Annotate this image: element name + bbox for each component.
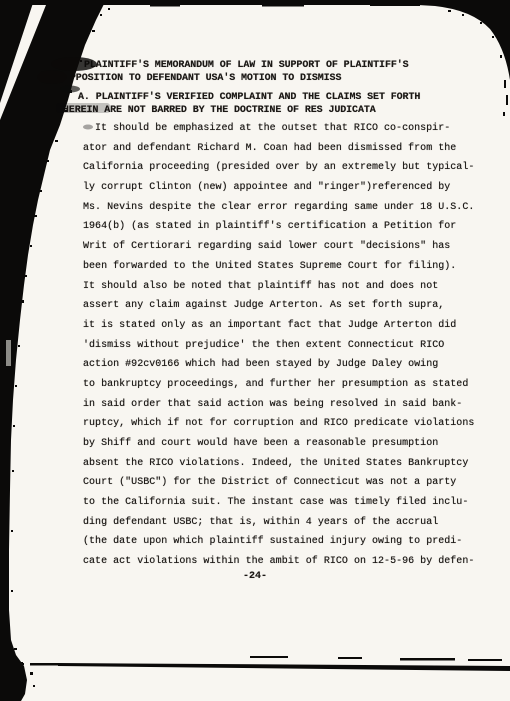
scanned-document-page: PLAINTIFF'S MEMORANDUM OF LAW IN SUPPORT… — [0, 0, 510, 701]
document-title-line-1: PLAINTIFF'S MEMORANDUM OF LAW IN SUPPORT… — [84, 59, 409, 72]
section-heading-line-2: THEREIN ARE NOT BARRED BY THE DOCTRINE O… — [57, 104, 376, 117]
body-line: It should also be noted that plaintiff h… — [83, 277, 493, 297]
body-line: It should be emphasized at the outset th… — [83, 119, 493, 139]
body-line: Court ("USBC") for the District of Conne… — [83, 473, 493, 493]
body-line: cate act violations within the ambit of … — [83, 552, 493, 572]
body-line: it is stated only as an important fact t… — [83, 316, 493, 336]
body-line: been forwarded to the United States Supr… — [83, 257, 493, 277]
body-line: ding defendant USBC; that is, within 4 y… — [83, 513, 493, 533]
section-heading-line-1: A. PLAINTIFF'S VERIFIED COMPLAINT AND TH… — [78, 91, 420, 104]
body-line: Writ of Certiorari regarding said lower … — [83, 237, 493, 257]
toner-streak — [6, 340, 11, 366]
body-line: 1964(b) (as stated in plaintiff's certif… — [83, 217, 493, 237]
document-title-line-2: OPPOSITION TO DEFENDANT USA'S MOTION TO … — [64, 72, 341, 85]
body-line: assert any claim against Judge Arterton.… — [83, 296, 493, 316]
body-line: 'dismiss without prejudice' the then ext… — [83, 336, 493, 356]
body-line: to bankruptcy proceedings, and further h… — [83, 375, 493, 395]
body-line: ator and defendant Richard M. Coan had b… — [83, 139, 493, 159]
body-line: California proceeding (presided over by … — [83, 158, 493, 178]
body-line: absent the RICO violations. Indeed, the … — [83, 454, 493, 474]
body-line: (the date upon which plaintiff sustained… — [83, 532, 493, 552]
body-line: action #92cv0166 which had been stayed b… — [83, 355, 493, 375]
body-line: to the California suit. The instant case… — [83, 493, 493, 513]
body-line: Ms. Nevins despite the clear error regar… — [83, 198, 493, 218]
body-line: by Shiff and court would have been a rea… — [83, 434, 493, 454]
page-number: -24- — [0, 571, 510, 582]
body-text: It should be emphasized at the outset th… — [83, 119, 493, 572]
body-line: ly corrupt Clinton (new) appointee and "… — [83, 178, 493, 198]
body-line: ruptcy, which if not for corruption and … — [83, 414, 493, 434]
body-line: in said order that said action was being… — [83, 395, 493, 415]
